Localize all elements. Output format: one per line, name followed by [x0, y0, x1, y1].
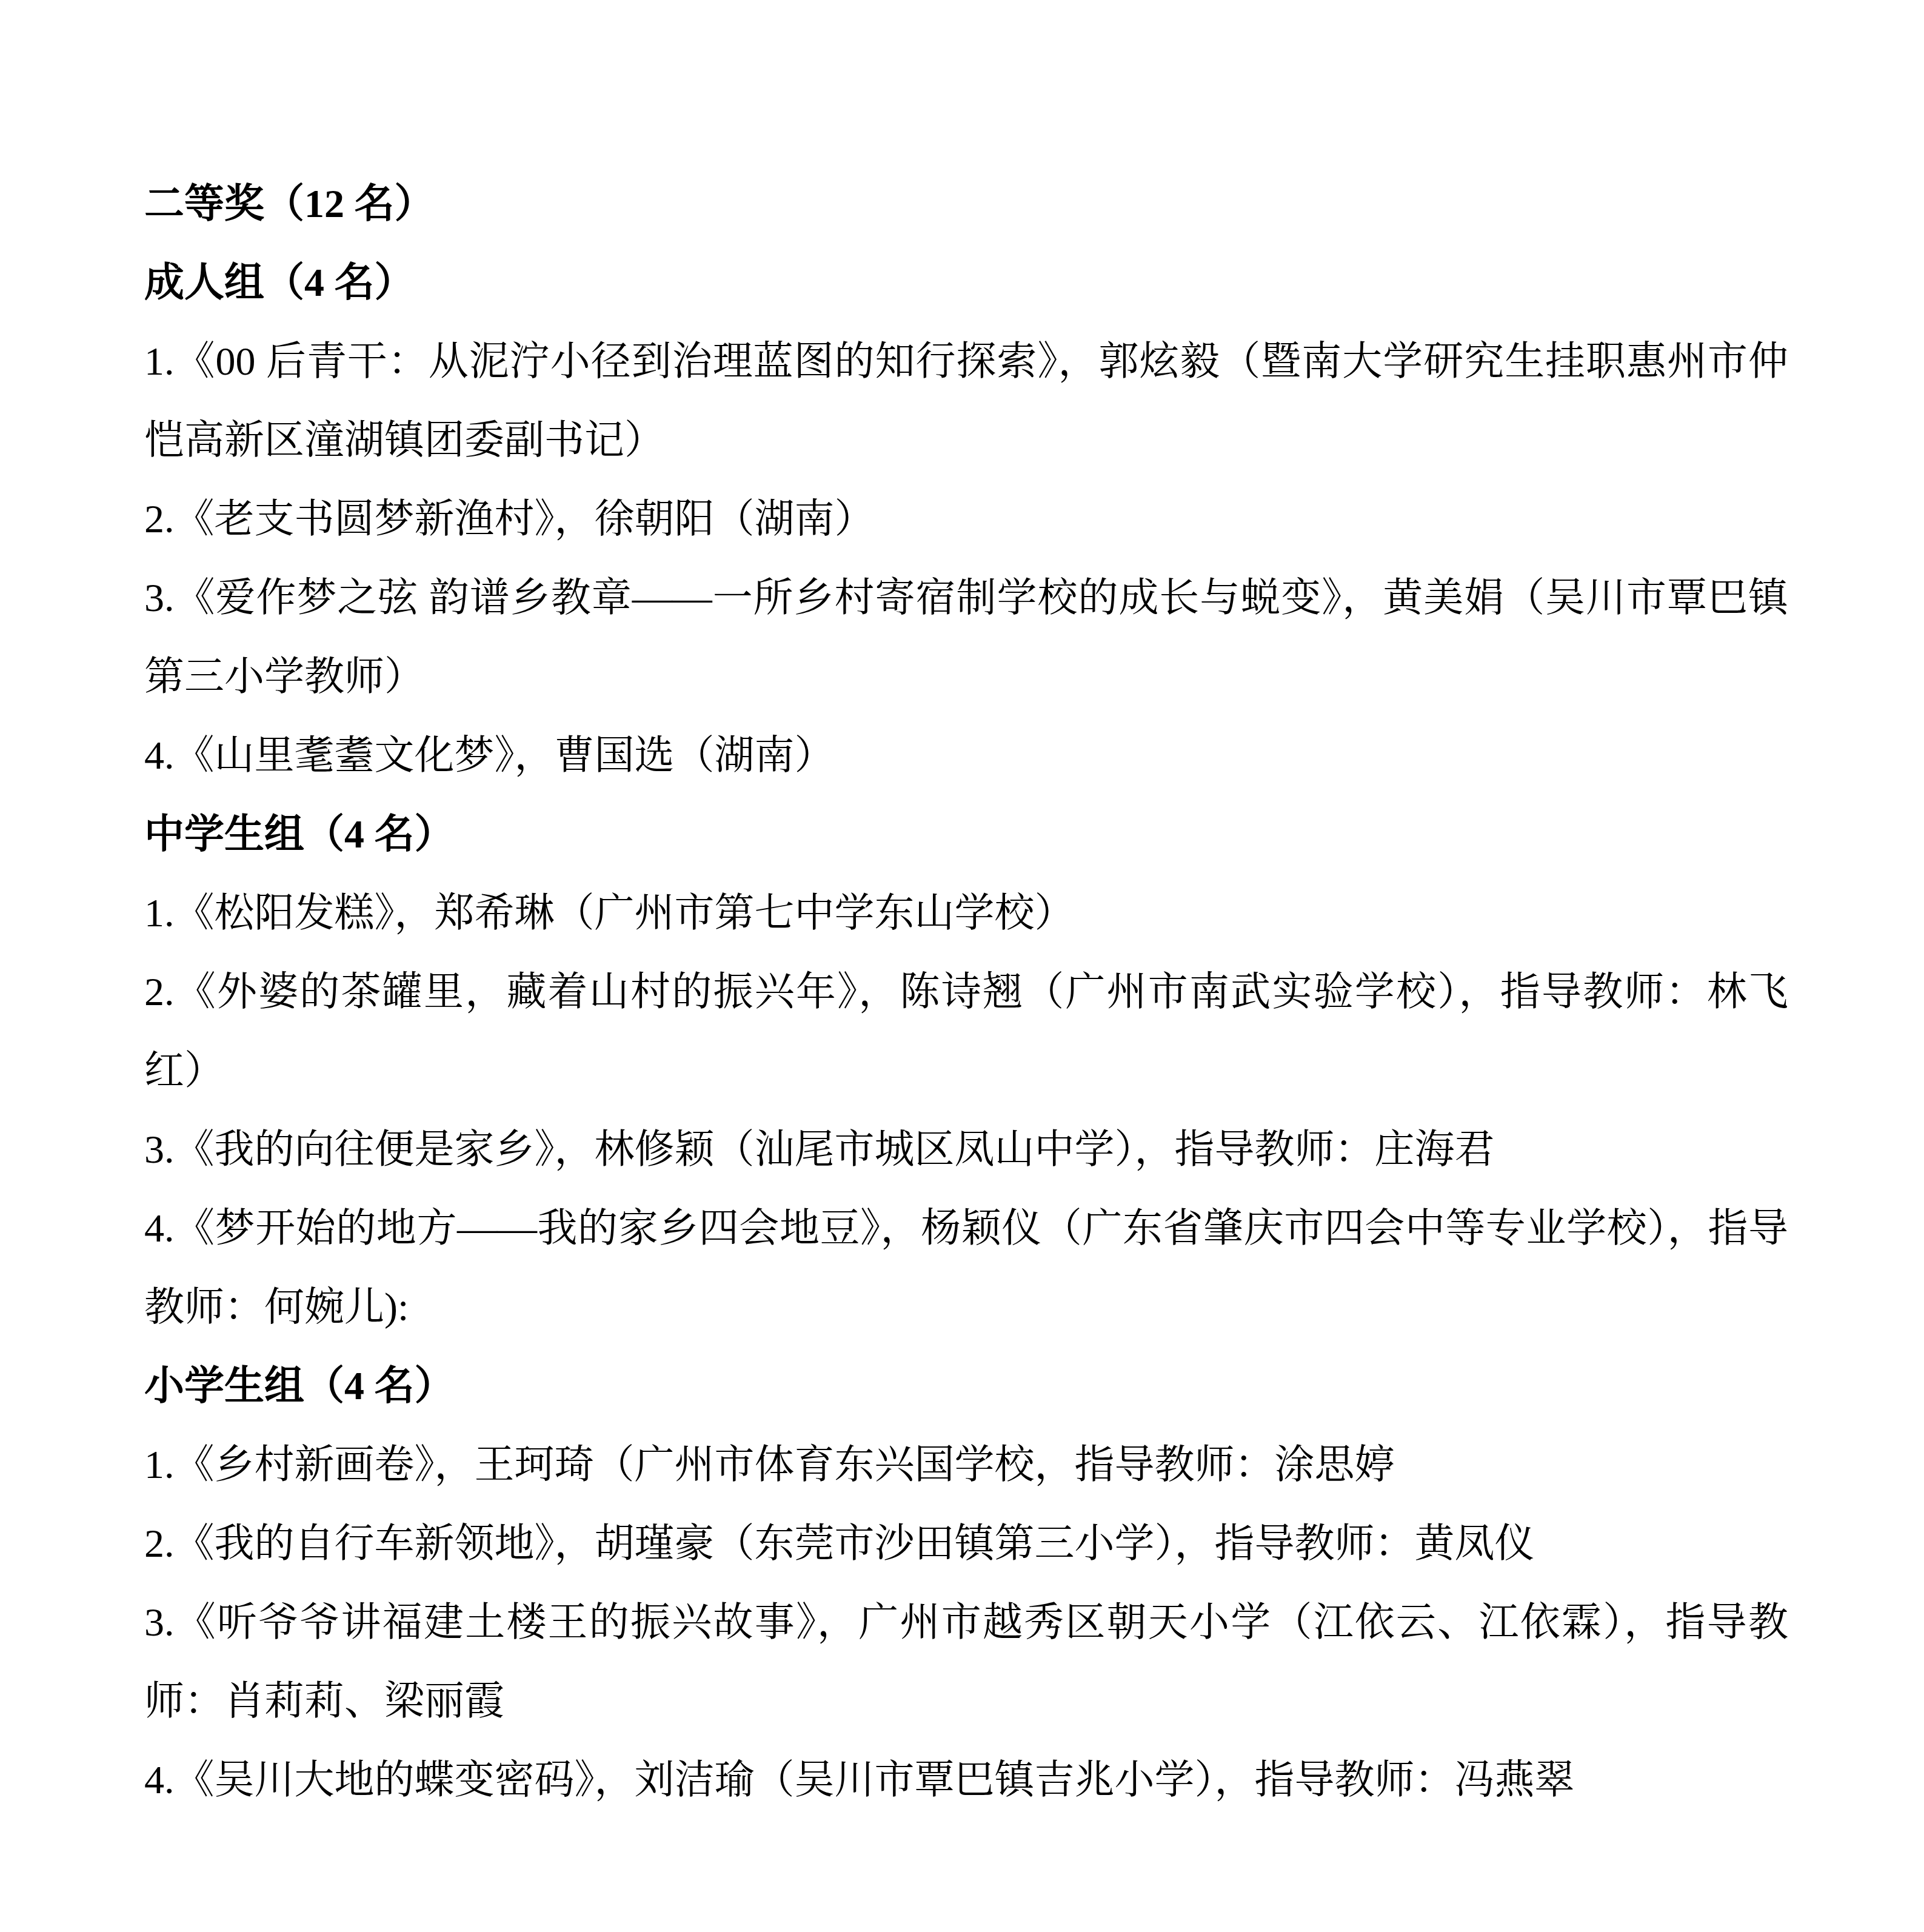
section-middle-school-group: 中学生组（4 名） 1.《松阳发糕》，郑希琳（广州市第七中学东山学校） 2.《外… — [144, 795, 1788, 1347]
section-heading-adult: 成人组（4 名） — [144, 244, 1788, 323]
section-heading-middle-school: 中学生组（4 名） — [144, 795, 1788, 874]
award-entry: 2.《我的自行车新领地》，胡瑾豪（东莞市沙田镇第三小学），指导教师：黄凤仪 — [144, 1505, 1788, 1583]
award-entry: 1.《松阳发糕》，郑希琳（广州市第七中学东山学校） — [144, 874, 1788, 953]
award-entry: 3.《我的向往便是家乡》，林修颖（汕尾市城区凤山中学），指导教师：庄海君 — [144, 1111, 1788, 1189]
award-entry: 3.《听爷爷讲福建土楼王的振兴故事》，广州市越秀区朝天小学（江依云、江依霖），指… — [144, 1583, 1788, 1741]
award-entry: 1.《00 后青干：从泥泞小径到治理蓝图的知行探索》，郭炫毅（暨南大学研究生挂职… — [144, 323, 1788, 480]
page-title: 二等奖（12 名） — [144, 165, 1788, 244]
document-page: 二等奖（12 名） 成人组（4 名） 1.《00 后青干：从泥泞小径到治理蓝图的… — [0, 0, 1924, 1932]
section-heading-primary-school: 小学生组（4 名） — [144, 1347, 1788, 1426]
award-entry: 1.《乡村新画卷》，王珂琦（广州市体育东兴国学校，指导教师：涂思婷 — [144, 1426, 1788, 1505]
award-entry: 4.《梦开始的地方——我的家乡四会地豆》，杨颖仪（广东省肇庆市四会中等专业学校）… — [144, 1189, 1788, 1347]
award-entry: 2.《外婆的茶罐里，藏着山村的振兴年》，陈诗翘（广州市南武实验学校），指导教师：… — [144, 953, 1788, 1111]
section-primary-school-group: 小学生组（4 名） 1.《乡村新画卷》，王珂琦（广州市体育东兴国学校，指导教师：… — [144, 1347, 1788, 1820]
award-entry: 3.《爱作梦之弦 韵谱乡教章——一所乡村寄宿制学校的成长与蜕变》，黄美娟（吴川市… — [144, 559, 1788, 717]
section-adult-group: 成人组（4 名） 1.《00 后青干：从泥泞小径到治理蓝图的知行探索》，郭炫毅（… — [144, 244, 1788, 795]
award-entry: 4.《山里耄耋文化梦》，曹国选（湖南） — [144, 717, 1788, 795]
award-entry: 2.《老支书圆梦新渔村》，徐朝阳（湖南） — [144, 480, 1788, 559]
award-entry: 4.《吴川大地的蝶变密码》，刘洁瑜（吴川市覃巴镇吉兆小学），指导教师：冯燕翠 — [144, 1741, 1788, 1820]
